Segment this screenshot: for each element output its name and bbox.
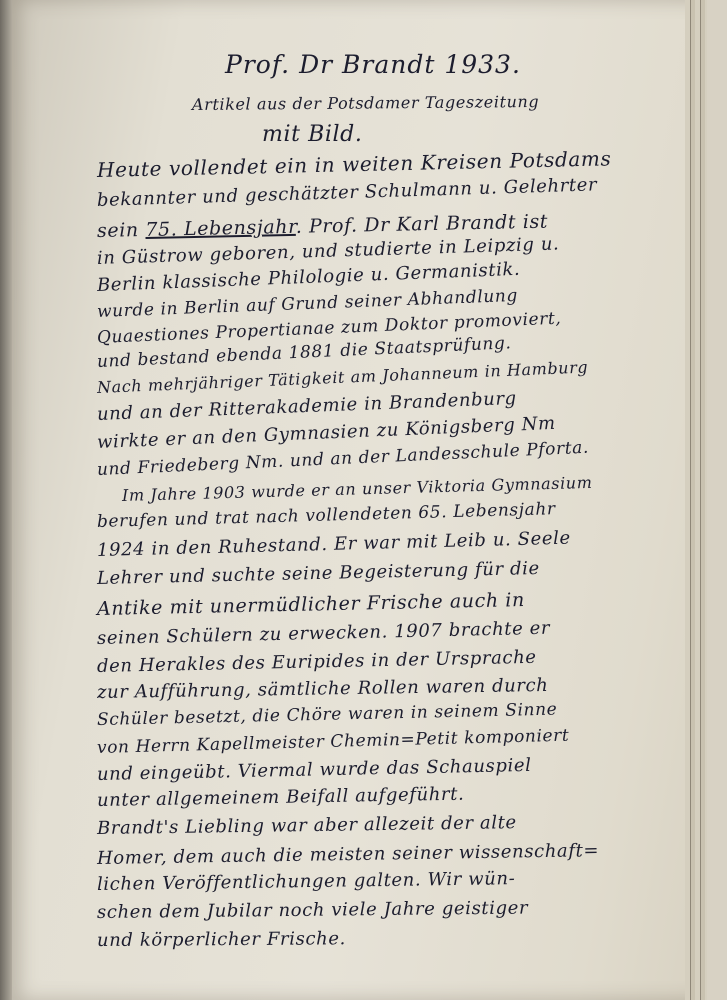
page-subtitle-2: mit Bild. xyxy=(262,122,362,147)
text-line: zur Aufführung, sämtliche Rollen waren d… xyxy=(97,675,549,703)
text-line: seinen Schülern zu erwecken. 1907 bracht… xyxy=(97,618,551,649)
text-fragment: sein xyxy=(97,219,139,242)
text-line: unter allgemeinem Beifall aufgeführt. xyxy=(97,784,465,811)
text-line: lichen Veröffentlichungen galten. Wir wü… xyxy=(97,868,516,895)
text-line: und körperlicher Frische. xyxy=(97,928,346,951)
text-line: Brandt's Liebling war aber allezeit der … xyxy=(97,812,517,839)
underlined-birthday: 75. Lebensjahr xyxy=(145,216,296,241)
text-fragment: . Prof. Dr Karl Brandt ist xyxy=(295,211,548,238)
text-line: berufen und trat nach vollendeten 65. Le… xyxy=(97,499,556,532)
page-title: Prof. Dr Brandt 1933. xyxy=(225,50,521,79)
text-line: Schüler besetzt, die Chöre waren in sein… xyxy=(97,700,558,730)
handwritten-page: Prof. Dr Brandt 1933. Artikel aus der Po… xyxy=(12,0,707,1000)
text-line: Antike mit unermüdlicher Frische auch in xyxy=(97,589,525,620)
text-line: und eingeübt. Viermal wurde das Schauspi… xyxy=(97,755,532,785)
text-line: den Herakles des Euripides in der Urspra… xyxy=(97,647,537,677)
text-line: Homer, dem auch die meisten seiner wisse… xyxy=(97,840,599,869)
text-line: 1924 in den Ruhestand. Er war mit Leib u… xyxy=(97,528,571,561)
page-subtitle: Artikel aus der Potsdamer Tageszeitung xyxy=(192,92,539,114)
text-line: von Herrn Kapellmeister Chemin=Petit kom… xyxy=(97,726,570,758)
text-line: schen dem Jubilar noch viele Jahre geist… xyxy=(97,897,528,923)
page-edges xyxy=(685,0,707,1000)
text-line: Lehrer und suchte seine Begeisterung für… xyxy=(97,558,540,589)
